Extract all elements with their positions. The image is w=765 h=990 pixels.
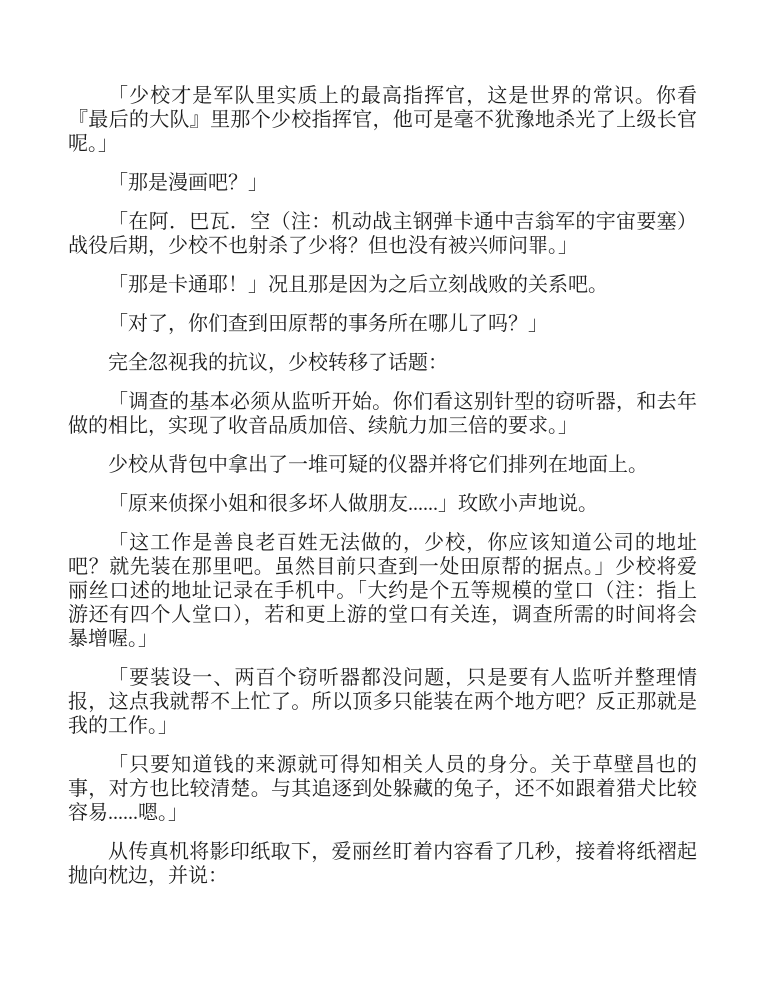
paragraph: 「要装设一、两百个窃听器都没问题，只是要有人监听并整理情报，这点我就帮不上忙了。… (68, 666, 697, 738)
paragraph: 「这工作是善良老百姓无法做的，少校，你应该知道公司的地址吧？就先装在那里吧。虽然… (68, 531, 697, 651)
paragraph: 完全忽视我的抗议，少校转移了话题： (68, 351, 697, 375)
paragraph: 「那是漫画吧？」 (68, 171, 697, 195)
paragraph: 「对了，你们查到田原帮的事务所在哪儿了吗？」 (68, 312, 697, 336)
paragraph: 「只要知道钱的来源就可得知相关人员的身分。关于草壁昌也的事，对方也比较清楚。与其… (68, 753, 697, 825)
paragraph: 少校从背包中拿出了一堆可疑的仪器并将它们排列在地面上。 (68, 453, 697, 477)
paragraph: 「在阿．巴瓦．空（注：机动战主钢弹卡通中吉翁军的宇宙要塞）战役后期，少校不也射杀… (68, 210, 697, 258)
paragraph: 从传真机将影印纸取下，爱丽丝盯着内容看了几秒，接着将纸褶起抛向枕边，并说： (68, 840, 697, 888)
paragraph: 「调查的基本必须从监听开始。你们看这别针型的窃听器，和去年做的相比，实现了收音品… (68, 390, 697, 438)
novel-page: 「少校才是军队里实质上的最高指挥官，这是世界的常识。你看『最后的大队』里那个少校… (0, 0, 765, 990)
text-block: 「少校才是军队里实质上的最高指挥官，这是世界的常识。你看『最后的大队』里那个少校… (68, 84, 697, 903)
paragraph: 「原来侦探小姐和很多坏人做朋友......」玫欧小声地说。 (68, 492, 697, 516)
paragraph: 「少校才是军队里实质上的最高指挥官，这是世界的常识。你看『最后的大队』里那个少校… (68, 84, 697, 156)
paragraph: 「那是卡通耶！」况且那是因为之后立刻战败的关系吧。 (68, 273, 697, 297)
